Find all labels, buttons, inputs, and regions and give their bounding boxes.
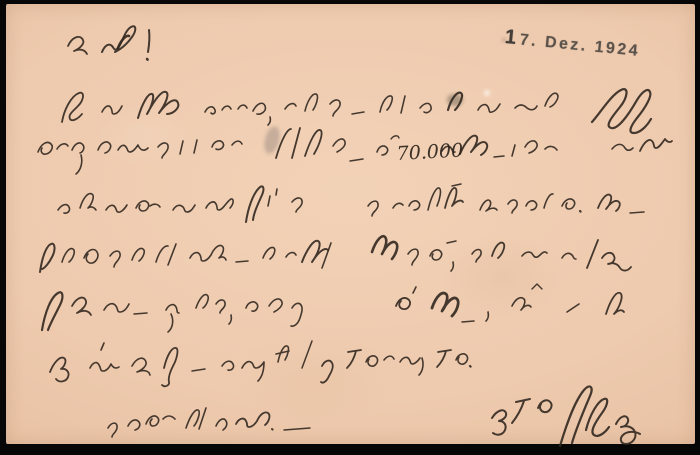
postcard: 17. Dez. 1924 <box>6 4 695 444</box>
date-stamp-bold-digit: 1 <box>504 26 517 49</box>
date-stamp-text: 7. Dez. 1924 <box>519 31 641 59</box>
date-stamp: 17. Dez. 1924 <box>504 26 641 62</box>
